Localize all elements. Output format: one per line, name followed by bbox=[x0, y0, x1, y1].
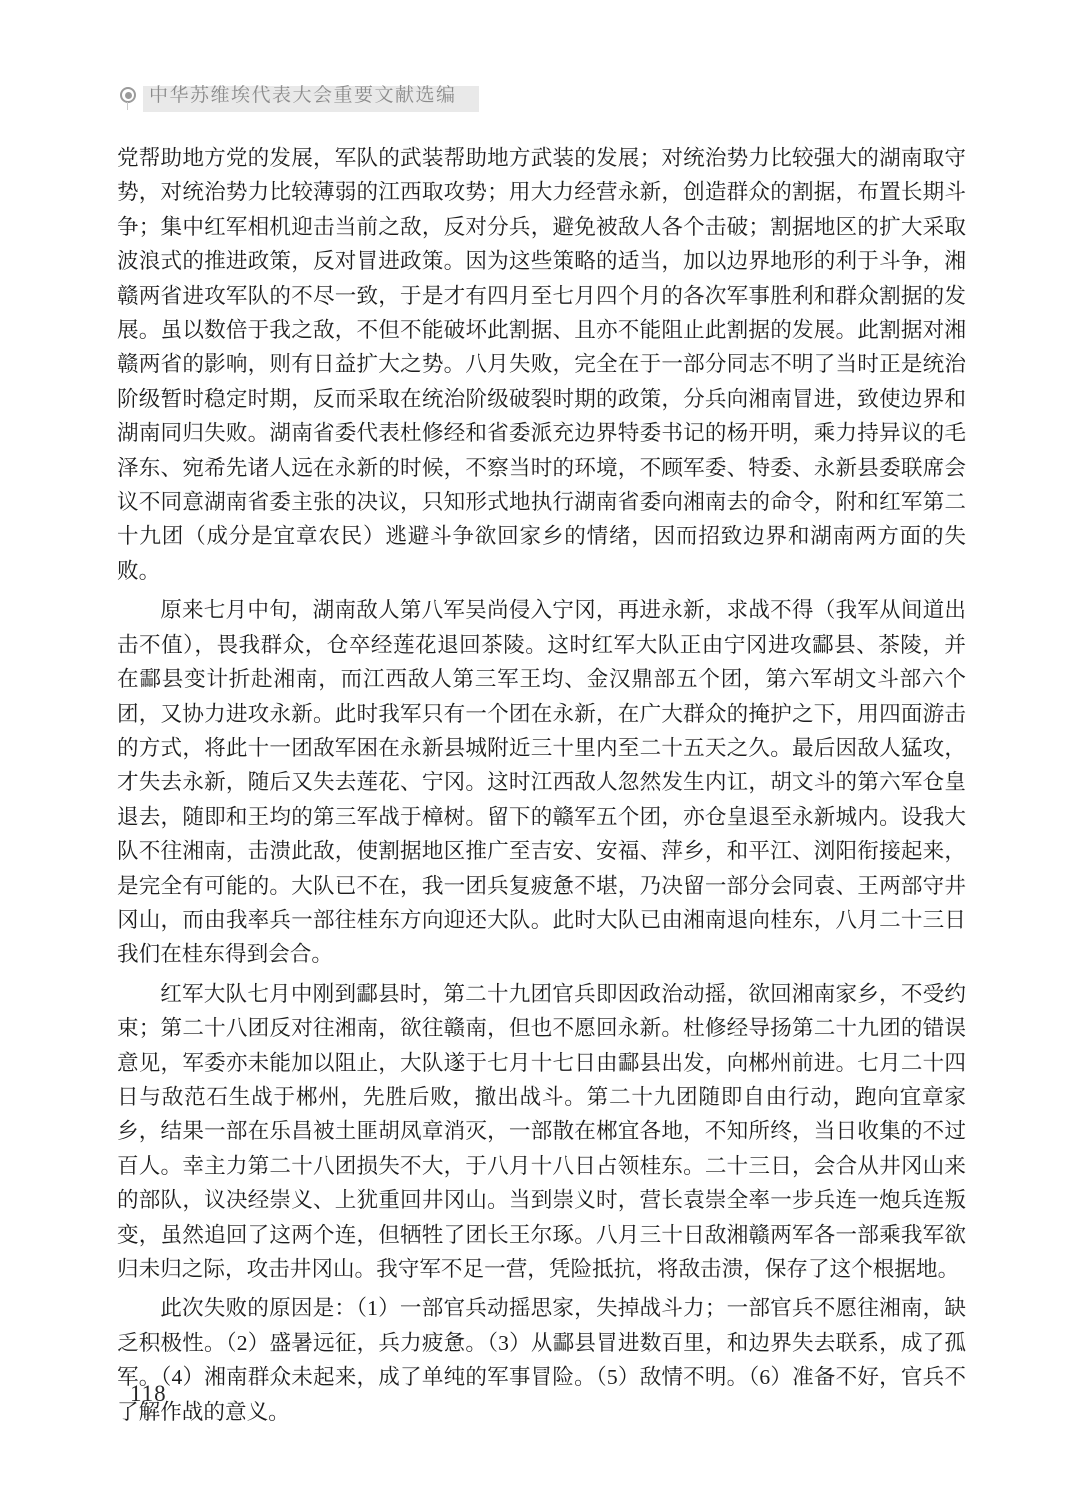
bullet-circle-icon bbox=[120, 87, 136, 103]
paragraph-2: 原来七月中旬，湖南敌人第八军吴尚侵入宁冈，再进永新，求战不得（我军从间道出击不值… bbox=[117, 593, 966, 971]
paragraph-1: 党帮助地方党的发展，军队的武装帮助地方武装的发展；对统治势力比较强大的湖南取守势… bbox=[117, 141, 966, 588]
page-number: 118 bbox=[130, 1381, 167, 1407]
document-body: 党帮助地方党的发展，军队的武装帮助地方武装的发展；对统治势力比较强大的湖南取守势… bbox=[117, 141, 966, 1434]
book-series-title: 中华苏维埃代表大会重要文献选编 bbox=[143, 78, 479, 112]
paragraph-4: 此次失败的原因是：（1）一部官兵动摇思家，失掉战斗力；一部官兵不愿往湘南，缺乏积… bbox=[117, 1291, 966, 1429]
book-page: 中华苏维埃代表大会重要文献选编 党帮助地方党的发展，军队的武装帮助地方武装的发展… bbox=[0, 0, 1083, 1508]
paragraph-3: 红军大队七月中刚到酃县时，第二十九团官兵即因政治动摇，欲回湘南家乡，不受约束；第… bbox=[117, 977, 966, 1287]
book-header: 中华苏维埃代表大会重要文献选编 bbox=[120, 78, 479, 112]
